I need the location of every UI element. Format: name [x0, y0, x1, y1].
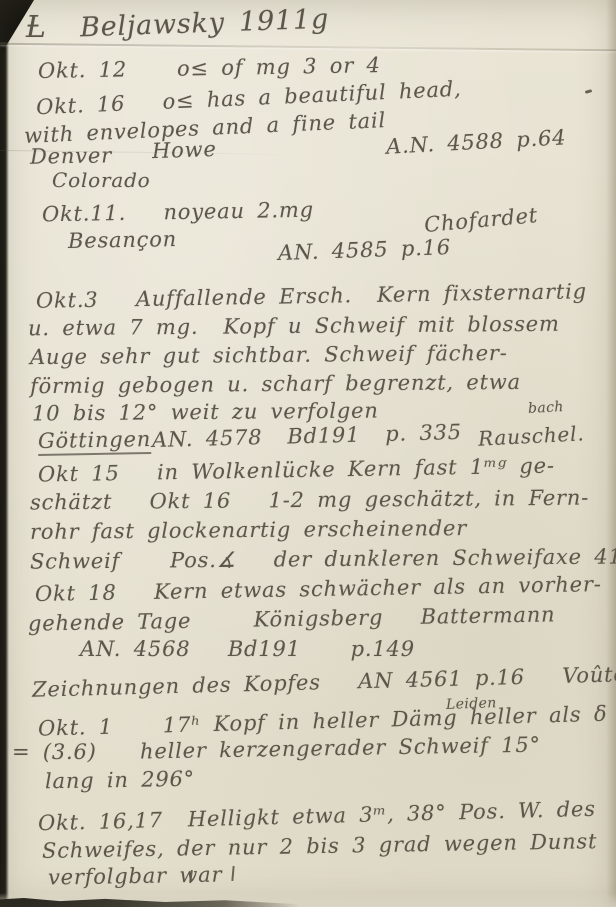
note-line-okt3-3: Auge sehr gut sichtbar. Schweif fächer- — [30, 341, 508, 369]
note-line-okt16: Okt. 16 o≤ has a beautiful head, — [36, 77, 462, 120]
note-line-okt1617-1: Okt. 16,17 Helligkt etwa 3ᵐ, 38° Pos. W.… — [38, 797, 596, 836]
reference-an-4578: AN. 4578 Bd191 p. 335 — [152, 420, 462, 452]
note-line-okt15-2: schätzt Okt 16 1-2 mg geschätzt, in Fern… — [30, 486, 589, 515]
note-line-okt1617-3: verfolgbar war — [48, 862, 223, 889]
note-line-okt1617-2: Schweifes, der nur 2 bis 3 grad wegen Du… — [42, 829, 598, 863]
reference-an-4588: A.N. 4588 p.64 — [385, 125, 566, 158]
stray-pen-mark — [585, 89, 593, 94]
scanned-note-page: Ƚ Beljawsky 1911g Okt. 12 o≤ of mg 3 or … — [0, 0, 616, 907]
note-line-okt3-4: förmig gebogen u. scharf begrenzt, etwa — [30, 370, 521, 398]
comet-title: Beljawsky 1911g — [80, 4, 330, 44]
observer-place-denver: Denver — [30, 143, 112, 168]
observer-name-chofardet: Chofardet — [423, 203, 539, 237]
note-line-okt3-5: 10 bis 12° weit zu verfolgen — [32, 398, 379, 425]
observer-name-howe: Howe — [152, 137, 217, 163]
note-line-okt1-3: lang in 296° — [45, 767, 195, 794]
scan-right-edge — [606, 0, 616, 907]
observer-place-colorado: Colorado — [52, 168, 151, 192]
stray-tick-mark — [231, 866, 234, 881]
note-line-okt18-2: gehende Tage Königsberg Battermann — [28, 602, 556, 635]
note-line-okt11: Okt.11. noyeau 2.mg — [42, 198, 314, 227]
annotation-bach: bach — [528, 399, 565, 417]
observer-place-goettingen: Göttingen — [38, 427, 152, 456]
observer-name-rauschelbach: Rauschel. — [477, 421, 585, 451]
scan-left-edge — [0, 0, 9, 907]
note-line-okt12: Okt. 12 o≤ of mg 3 or 4 — [38, 53, 381, 83]
note-line-okt1-2: heller kerzengerader Schweif 15° — [140, 733, 541, 764]
paper-crease-top — [0, 43, 616, 51]
note-line-okt18-1: Okt 18 Kern etwas schwächer als an vorhe… — [35, 572, 602, 606]
note-line-okt15-3: rohr fast glockenartig erscheinender — [30, 516, 467, 544]
note-line-okt15-4: Schweif Pos.∡ der dunkleren Schweifaxe 4… — [30, 544, 616, 573]
magnitude-note: = (3.6) — [12, 740, 97, 764]
reference-an-4568: AN. 4568 Bd191 p.149 — [80, 637, 415, 661]
note-line-okt3-1: Okt.3 Auffallende Ersch. Kern fixsternar… — [36, 279, 587, 313]
note-line-okt3-2: u. etwa 7 mg. Kopf u Schweif mit blossem — [28, 312, 560, 341]
reference-an-4585: AN. 4585 p.16 — [278, 235, 452, 265]
header-mark-symbol: Ƚ — [26, 10, 47, 45]
note-line-drawings: Zeichnungen des Kopfes AN 4561 p.16 Voût… — [32, 662, 616, 702]
note-line-okt15-1: Okt 15 in Wolkenlücke Kern fast 1ᵐᵍ ge- — [38, 453, 555, 486]
observer-place-besancon: Besançon — [68, 227, 177, 253]
